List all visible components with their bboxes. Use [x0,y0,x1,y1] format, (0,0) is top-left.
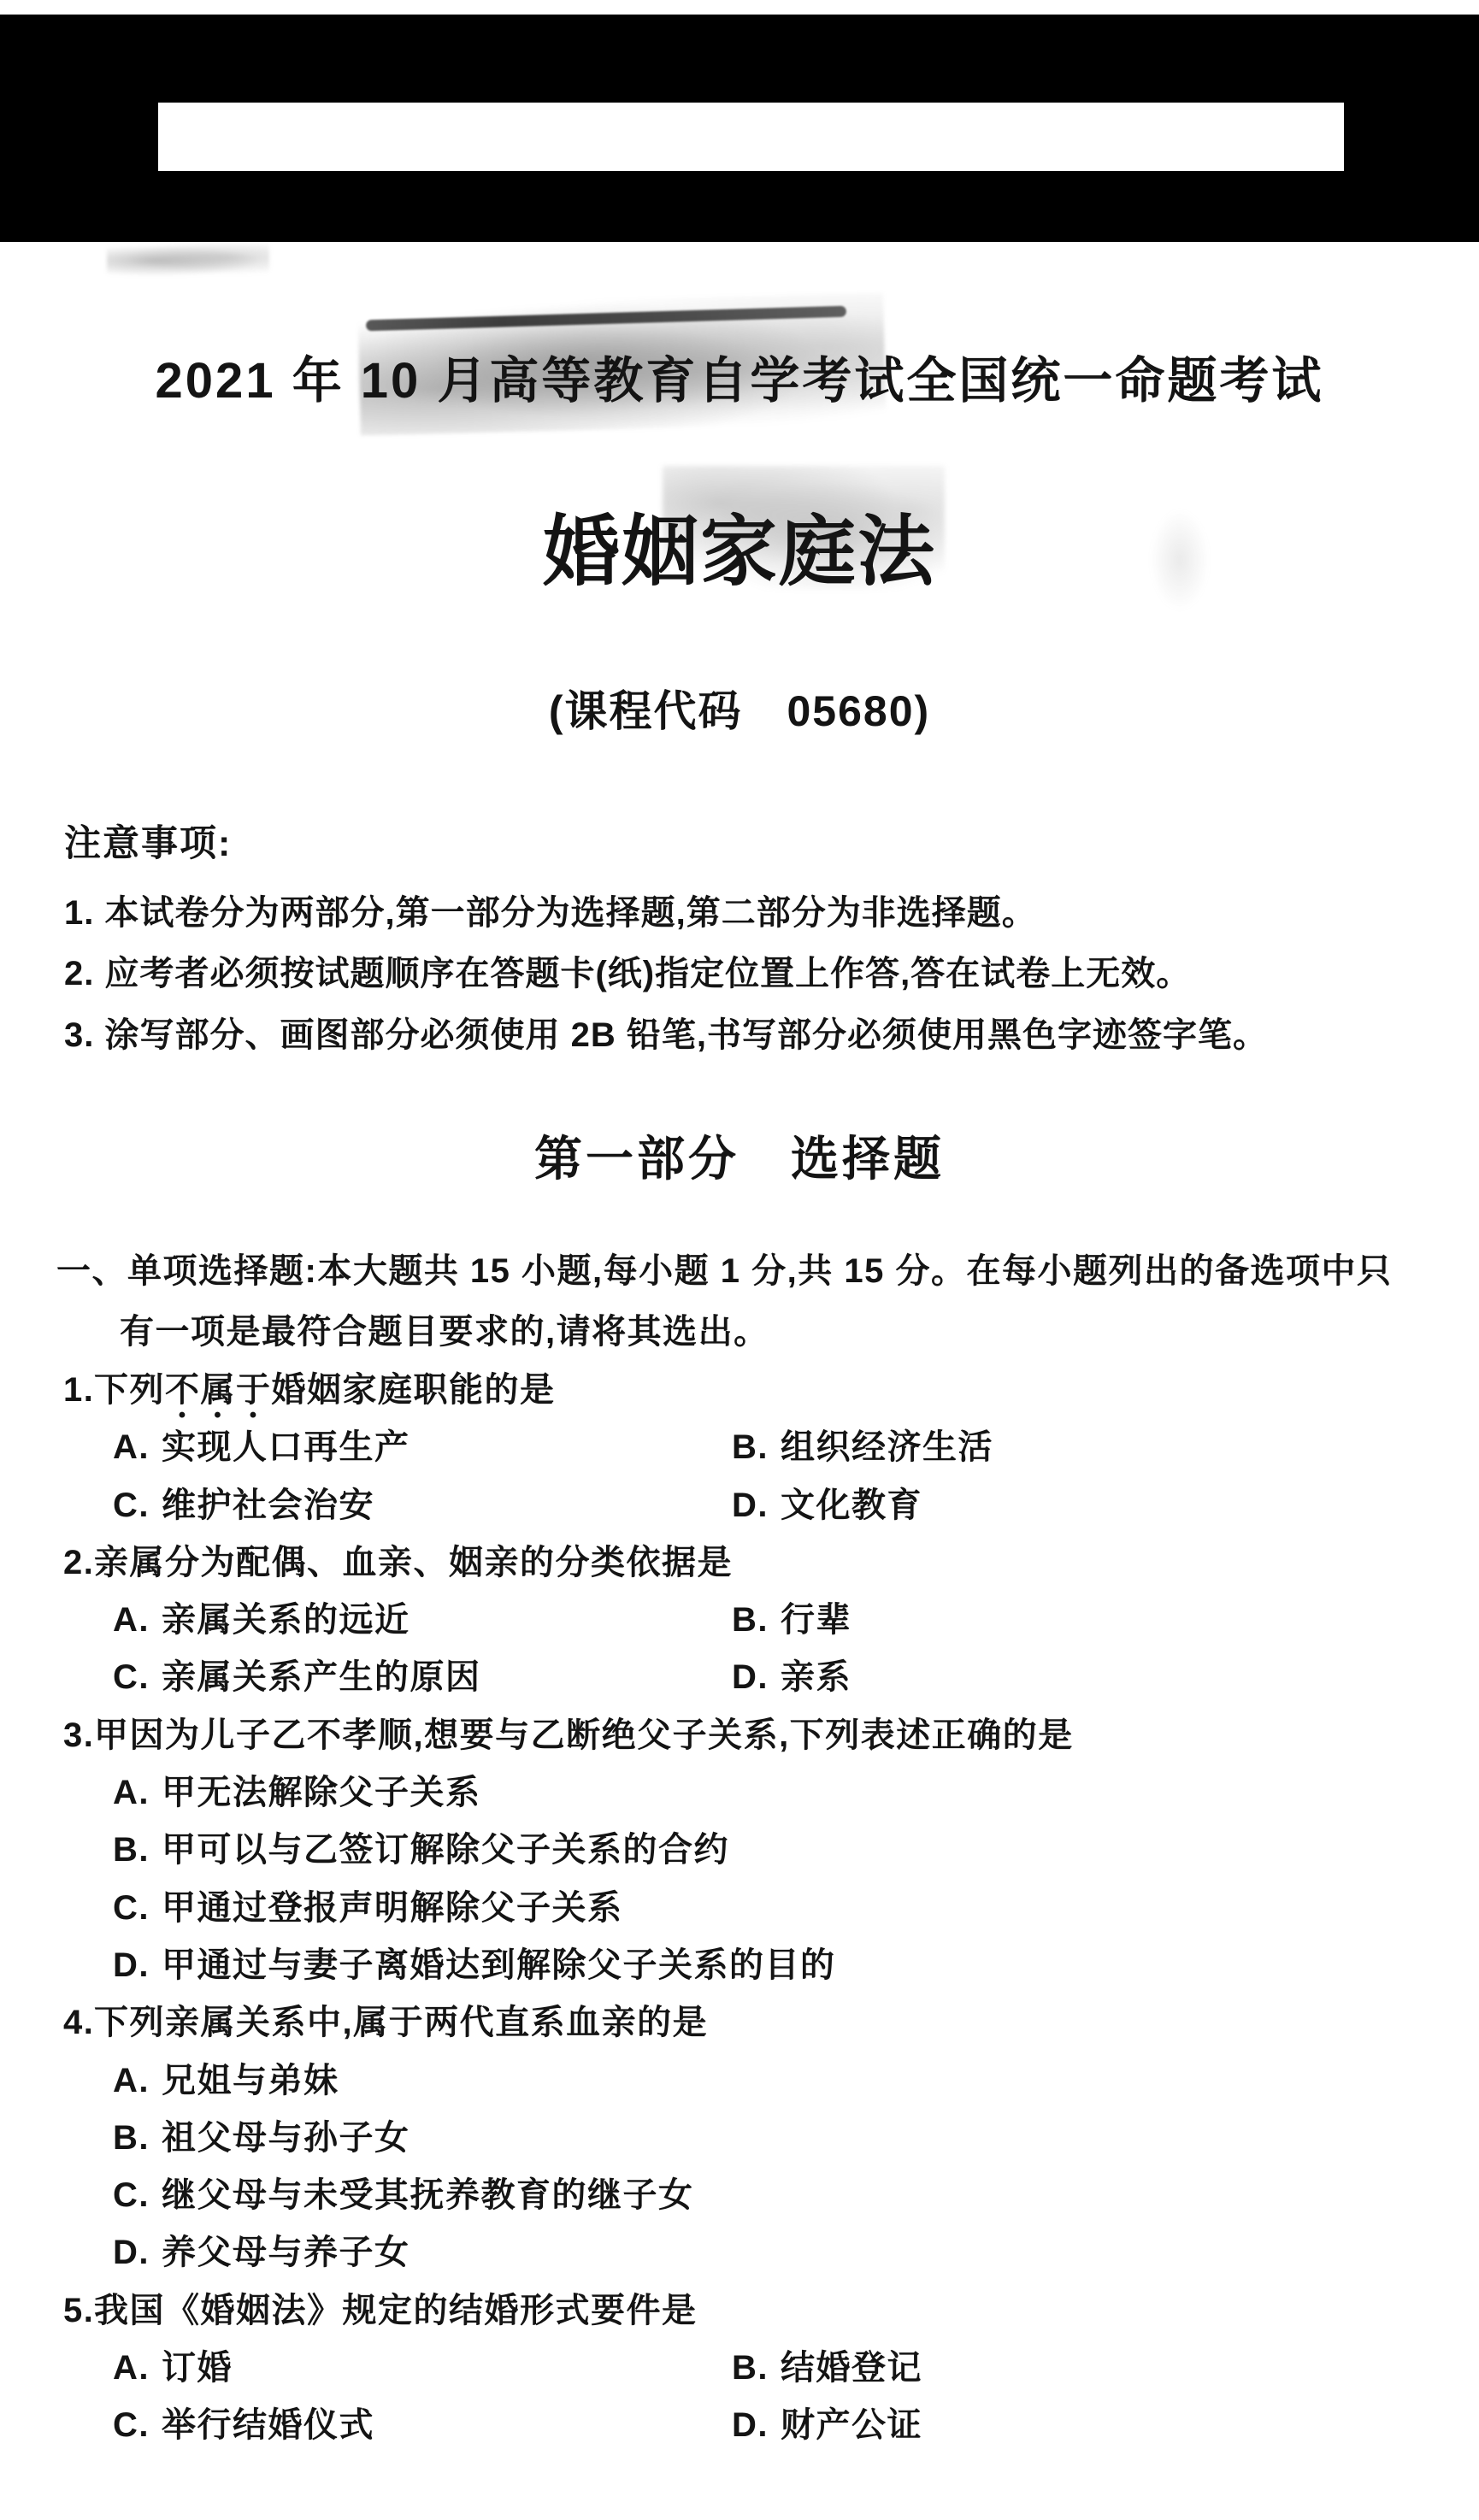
question-number: 4. [63,2004,94,2041]
scan-smudge-stamp-edge [366,306,846,332]
question-line: A.亲属关系的远近B.行辈 [0,1601,1479,1658]
question-stem: 甲因为儿子乙不孝顺,想要与乙断绝父子关系,下列表述正确的是 [94,1716,1074,1754]
option-text: 甲通过登报声明解除父子关系 [162,1889,623,1927]
answer-option: D.文化教育 [732,1487,922,1524]
option-text: 组织经济生活 [781,1428,993,1466]
course-code-line: (课程代码 05680) [0,677,1479,739]
option-label: A. [113,1428,150,1466]
section-intro-line-1: 一、单项选择题:本大题共 15 小题,每小题 1 分,共 15 分。在每小题列出… [56,1244,1392,1292]
answer-option: A.亲属关系的远近 [113,1601,410,1639]
exam-session-title: 2021 年 10 月高等教育自学考试全国统一命题考试 [0,340,1479,412]
notice-item-1: 1. 本试卷分为两部分,第一部分为选择题,第二部分为非选择题。 [64,886,1037,934]
exam-title: 婚姻家庭法 [0,489,1479,600]
option-text: 甲通过与妻子离婚达到解除父子关系的目的 [162,1946,836,1984]
option-label: B. [732,1601,769,1639]
question-line: B.祖父母与孙子女 [0,2119,1479,2176]
answer-option: C.继父母与未受其抚养教育的继子女 [113,2176,694,2214]
option-text: 行辈 [781,1601,851,1639]
answer-option: A.实现人口再生产 [113,1428,410,1466]
option-text: 甲可以与乙签订解除父子关系的合约 [162,1831,729,1869]
option-text: 养父母与养子女 [162,2234,410,2271]
stem-pre: 下列 [94,1371,165,1409]
option-label: B. [732,2349,769,2387]
option-label: A. [113,1774,150,1811]
answer-option: A.订婚 [113,2349,233,2387]
option-text: 亲系 [781,1658,851,1696]
answer-option: A.兄姐与弟妹 [113,2062,339,2099]
question-line: A.订婚B.结婚登记 [0,2349,1479,2406]
option-label: D. [113,1946,150,1984]
option-label: D. [732,2406,769,2444]
question-line: C.举行结婚仪式D.财产公证 [0,2406,1479,2464]
answer-option: D.甲通过与妻子离婚达到解除父子关系的目的 [113,1946,836,1984]
answer-option: B.结婚登记 [732,2349,922,2387]
question-line: 5.我国《婚姻法》规定的结婚形式要件是 [0,2292,1479,2349]
question-line: A.兄姐与弟妹 [0,2062,1479,2119]
option-label: B. [732,1428,769,1466]
question-line: 1.下列不属于•••婚姻家庭职能的是 [0,1371,1479,1428]
option-label: A. [113,2349,150,2387]
answer-option: B.甲可以与乙签订解除父子关系的合约 [113,1831,729,1869]
question-line: A.实现人口再生产B.组织经济生活 [0,1428,1479,1486]
answer-option: D.养父母与养子女 [113,2234,410,2271]
question-number: 1. [63,1371,94,1409]
notice-item-3: 3. 涂写部分、画图部分必须使用 2B 铅笔,书写部分必须使用黑色字迹签字笔。 [64,1008,1268,1057]
question-line: C.甲通过登报声明解除父子关系 [0,1889,1479,1946]
option-text: 实现人口再生产 [162,1428,410,1466]
answer-option: B.行辈 [732,1601,851,1639]
stem-post: 婚姻家庭职能的是 [272,1371,556,1409]
question-line: 3.甲因为儿子乙不孝顺,想要与乙断绝父子关系,下列表述正确的是 [0,1716,1479,1774]
answer-option: C.维护社会治安 [113,1487,374,1524]
option-label: C. [113,2406,150,2444]
question-line: C.亲属关系产生的原因D.亲系 [0,1658,1479,1716]
question-line: D.养父母与养子女 [0,2234,1479,2291]
question-line: C.维护社会治安D.文化教育 [0,1487,1479,1544]
option-text: 订婚 [162,2349,233,2387]
notice-item-2: 2. 应考者必须按试题顺序在答题卡(纸)指定位置上作答,答在试卷上无效。 [64,946,1191,995]
option-text: 结婚登记 [781,2349,922,2387]
question-line: D.甲通过与妻子离婚达到解除父子关系的目的 [0,1946,1479,2004]
option-text: 继父母与未受其抚养教育的继子女 [162,2176,694,2214]
answer-option: C.甲通过登报声明解除父子关系 [113,1889,623,1927]
option-text: 举行结婚仪式 [162,2406,374,2444]
answer-option: C.举行结婚仪式 [113,2406,374,2444]
option-text: 亲属关系的远近 [162,1601,410,1639]
question-number: 3. [63,1716,94,1754]
question-line: C.继父母与未受其抚养教育的继子女 [0,2176,1479,2234]
questions-list: 1.下列不属于•••婚姻家庭职能的是A.实现人口再生产B.组织经济生活C.维护社… [0,1371,1479,2464]
option-text: 甲无法解除父子关系 [162,1774,481,1811]
emphasis-dots: ••• [165,1405,272,1426]
answer-option: D.亲系 [732,1658,851,1696]
answer-option: B.祖父母与孙子女 [113,2119,410,2157]
option-label: C. [113,1487,150,1524]
answer-option: B.组织经济生活 [732,1428,993,1466]
option-label: B. [113,2119,150,2157]
part-one-heading: 第一部分 选择题 [0,1122,1479,1190]
option-label: C. [113,2176,150,2214]
option-text: 亲属关系产生的原因 [162,1658,481,1696]
option-text: 文化教育 [781,1487,922,1524]
scan-black-banner [0,15,1479,242]
answer-option: A.甲无法解除父子关系 [113,1774,481,1811]
option-label: C. [113,1889,150,1927]
question-line: B.甲可以与乙签订解除父子关系的合约 [0,1831,1479,1888]
stem-emphasized: 不属于••• [165,1371,272,1409]
question-stem: 下列亲属关系中,属于两代直系血亲的是 [94,2004,708,2041]
question-number: 2. [63,1544,94,1581]
option-label: C. [113,1658,150,1696]
answer-option: D.财产公证 [732,2406,922,2444]
option-label: A. [113,1601,150,1639]
option-label: D. [732,1487,769,1524]
emphasis-dot: • [201,1405,237,1426]
question-line: 2.亲属分为配偶、血亲、姻亲的分类依据是 [0,1544,1479,1601]
option-label: D. [732,1658,769,1696]
emphasis-dot: • [165,1405,201,1426]
scan-smudge-left [107,244,269,278]
option-label: B. [113,1831,150,1869]
option-text: 维护社会治安 [162,1487,374,1524]
question-line: A.甲无法解除父子关系 [0,1774,1479,1831]
option-text: 兄姐与弟妹 [162,2062,339,2099]
scan-banner-white-window [158,103,1344,171]
answer-option: C.亲属关系产生的原因 [113,1658,481,1696]
emphasis-dot: • [236,1405,272,1426]
option-text: 祖父母与孙子女 [162,2119,410,2157]
option-label: A. [113,2062,150,2099]
question-stem: 亲属分为配偶、血亲、姻亲的分类依据是 [94,1544,733,1581]
question-line: 4.下列亲属关系中,属于两代直系血亲的是 [0,2004,1479,2061]
section-intro-line-2: 有一项是最符合题目要求的,请将其选出。 [120,1304,769,1353]
question-stem: 下列不属于•••婚姻家庭职能的是 [94,1371,556,1409]
question-stem: 我国《婚姻法》规定的结婚形式要件是 [94,2292,698,2329]
notice-heading: 注意事项: [64,815,232,867]
option-label: D. [113,2234,150,2271]
exam-paper-page: 2021 年 10 月高等教育自学考试全国统一命题考试 婚姻家庭法 (课程代码 … [0,0,1479,2520]
question-number: 5. [63,2292,94,2329]
option-text: 财产公证 [781,2406,922,2444]
